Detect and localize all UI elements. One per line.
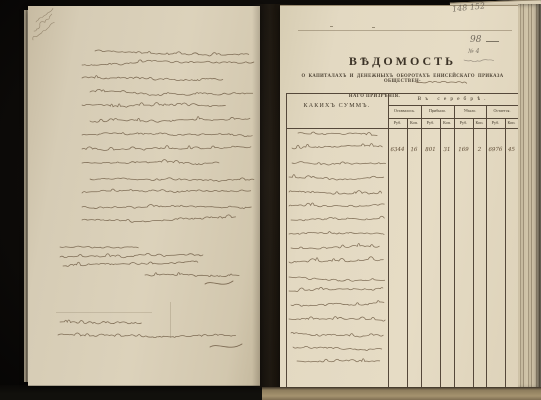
paper-crease: [56, 312, 152, 313]
figure-kop: 16: [407, 147, 421, 153]
unit-rub: Руб.: [388, 120, 407, 125]
bleed-through-mark: [372, 27, 375, 28]
table-line: [505, 118, 506, 389]
unit-kop: Коп.: [440, 120, 454, 125]
column-header-spent: Убыло.: [455, 108, 484, 113]
form-title: ВѢДОМОСТЬ: [286, 54, 519, 69]
figure-kop: 2: [473, 147, 486, 153]
table-line: [473, 118, 474, 389]
pencil-folio-old: 148 152: [452, 1, 486, 13]
unit-kop: Коп.: [505, 120, 518, 125]
right-page-ledger-form: 148 152 98 № 4 ВѢДОМОСТЬ О КАПИТАЛАХЪ И …: [280, 5, 520, 388]
column-header-sums: КАКИХЪ СУММЪ.: [286, 103, 388, 109]
unit-rub: Руб.: [421, 120, 440, 125]
pencil-dash: [486, 41, 499, 42]
table-line: [407, 118, 408, 389]
fore-edge-page-stack: [518, 4, 541, 389]
table-border-top: [286, 93, 519, 94]
column-header-received: Прибыло.: [422, 108, 452, 113]
form-subtitle-line1: О КАПИТАЛАХЪ И ДЕНЕЖНЫХЪ ОБОРОТАХЪ ЕНИСЕ…: [286, 74, 519, 84]
unit-kop: Коп.: [407, 120, 421, 125]
figure-rub: 6976: [486, 147, 505, 153]
bleed-through-mark: [330, 26, 333, 27]
figure-rub: 801: [421, 147, 440, 153]
pencil-folio-number: 98: [470, 35, 481, 45]
bleed-through-rule: [298, 30, 512, 31]
table-line: [388, 93, 389, 389]
table-line: [440, 118, 441, 389]
figure-rub: 6344: [388, 147, 407, 153]
unit-kop: Коп.: [473, 120, 486, 125]
table-surface-shadow: [0, 385, 262, 400]
column-header-remained: Оставалось.: [389, 108, 419, 113]
table-surface: [262, 387, 541, 400]
photograph-of-archival-book: 148 152 98 № 4 ВѢДОМОСТЬ О КАПИТАЛАХЪ И …: [0, 0, 541, 400]
paper-crease: [170, 302, 171, 338]
figure-kop: 45: [505, 147, 518, 153]
figure-kop: 31: [440, 147, 454, 153]
table-line: [286, 128, 519, 129]
table-border-left: [286, 93, 287, 389]
unit-rub: Руб.: [486, 120, 505, 125]
figure-rub: 169: [454, 147, 473, 153]
group-header-silver: Въ серебрѣ.: [388, 96, 519, 102]
left-page: [28, 6, 260, 386]
unit-rub: Руб.: [454, 120, 473, 125]
ledger-table: КАКИХЪ СУММЪ. Въ серебрѣ. Оставалось. Пр…: [286, 93, 519, 389]
column-header-remains: Остается.: [487, 108, 516, 113]
